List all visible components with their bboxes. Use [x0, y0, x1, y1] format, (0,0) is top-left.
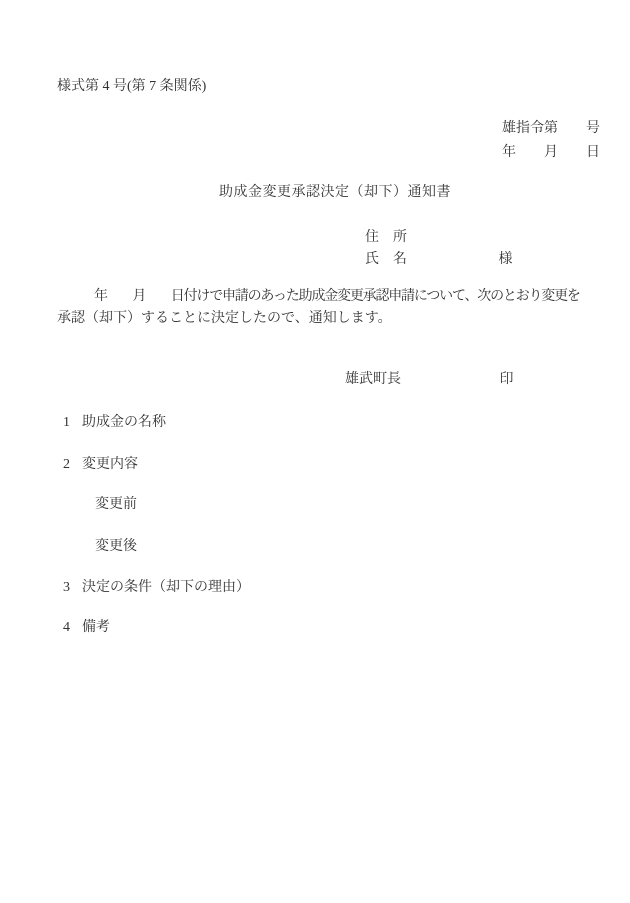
- subitem-label: 変更後: [95, 537, 630, 557]
- date-line: 年 月 日: [0, 141, 600, 165]
- recipient-block: 住 所 氏 名 様: [365, 227, 630, 271]
- item-number: 2: [57, 455, 82, 475]
- document-number-block: 雄指令第 号 年 月 日: [0, 117, 600, 165]
- sender-line: 雄武町長 印: [345, 370, 630, 390]
- body-paragraph-line-1: 年 月 日付けで申請のあった助成金変更承認申請について、次のとおり変更を: [57, 286, 630, 308]
- document-title: 助成金変更承認決定（却下）通知書: [0, 183, 630, 203]
- item-label: 備考: [82, 620, 110, 635]
- sender-title: 雄武町長: [345, 372, 401, 387]
- recipient-address-label: 住 所: [365, 227, 630, 249]
- item-number: 3: [57, 578, 82, 598]
- seal-mark: 印: [500, 370, 514, 390]
- recipient-name-line: 氏 名 様: [365, 249, 630, 271]
- honorific-label: 様: [499, 249, 513, 271]
- subitem-label: 変更前: [95, 495, 630, 515]
- item-label: 決定の条件（却下の理由）: [82, 580, 250, 595]
- body-paragraph: 年 月 日付けで申請のあった助成金変更承認申請について、次のとおり変更を 承認（…: [57, 286, 630, 330]
- item-label: 変更内容: [82, 457, 138, 472]
- list-item: 2変更内容: [57, 455, 630, 475]
- list-item: 1助成金の名称: [57, 413, 630, 433]
- item-number: 4: [57, 618, 82, 638]
- body-paragraph-line-2: 承認（却下）することに決定したので、通知します。: [57, 308, 630, 330]
- item-number: 1: [57, 413, 82, 433]
- form-number: 様式第 4 号(第 7 条関係): [57, 77, 630, 97]
- recipient-name-label: 氏 名: [365, 252, 407, 267]
- item-label: 助成金の名称: [82, 415, 166, 430]
- list-item: 4備考: [57, 618, 630, 638]
- list-item: 3決定の条件（却下の理由）: [57, 578, 630, 598]
- document-page: 様式第 4 号(第 7 条関係) 雄指令第 号 年 月 日 助成金変更承認決定（…: [0, 0, 630, 903]
- document-number: 雄指令第 号: [0, 117, 600, 141]
